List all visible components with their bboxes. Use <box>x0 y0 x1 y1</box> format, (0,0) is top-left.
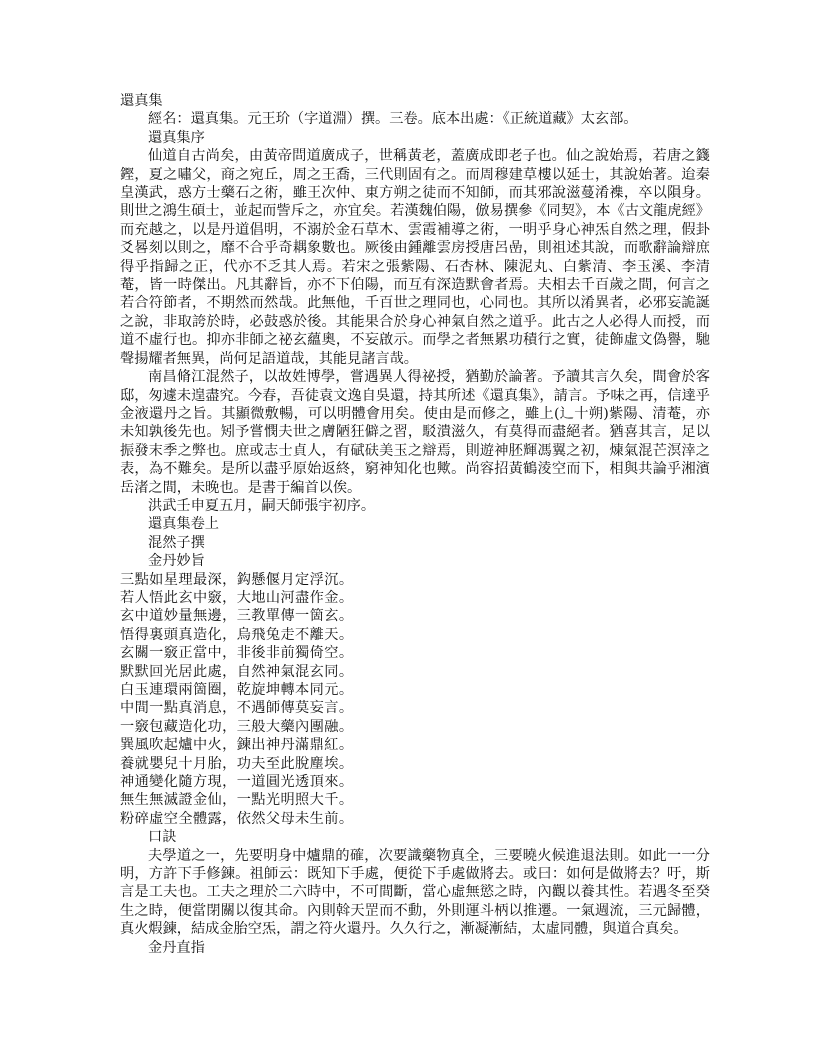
preface-title: 還真集序 <box>120 129 710 147</box>
section-title-koujue: 口訣 <box>120 828 710 846</box>
verse-line: 默默回光居此處，自然神氣混玄同。 <box>120 663 710 681</box>
verse-line: 三點如星理最深，鈎懸偃月定浮沉。 <box>120 571 710 589</box>
preface-paragraph-2: 南昌脩江混然子，以故姓博學，嘗遇異人得祕授，猶勤於論著。予讀其言久矣，間會於客邸… <box>120 368 710 497</box>
koujue-paragraph: 夫學道之一，先要明身中爐鼎的確，次要識藥物真全，三要曉火候進退法則。如此一一分明… <box>120 847 710 939</box>
volume-title: 還真集卷上 <box>120 515 710 533</box>
document-page: 還真集 經名：還真集。元王玠（字道淵）撰。三卷。底本出處：《正統道藏》太玄部。 … <box>120 92 710 957</box>
verse-line: 中間一點真消息，不遇師傳莫妄言。 <box>120 699 710 717</box>
author-line: 混然子撰 <box>120 534 710 552</box>
document-title: 還真集 <box>120 92 710 110</box>
verse-block: 三點如星理最深，鈎懸偃月定浮沉。 若人悟此玄中竅，大地山河盡作金。 玄中道妙量無… <box>120 571 710 829</box>
verse-line: 一竅包藏造化功，三般大藥內團融。 <box>120 718 710 736</box>
preface-signature: 洪武壬申夏五月，嗣天師張宇初序。 <box>120 497 710 515</box>
verse-line: 玄關一竅正當中，非後非前獨倚空。 <box>120 644 710 662</box>
document-meta: 經名：還真集。元王玠（字道淵）撰。三卷。底本出處：《正統道藏》太玄部。 <box>120 110 710 128</box>
verse-line: 粉碎虛空全體露，依然父母未生前。 <box>120 810 710 828</box>
verse-line: 神通變化隨方現，一道圓光透頂來。 <box>120 773 710 791</box>
verse-line: 玄中道妙量無邊，三教單傳一箇玄。 <box>120 607 710 625</box>
verse-line: 巽風吹起爐中火，鍊出神丹滿鼎紅。 <box>120 736 710 754</box>
section-title-jindan-zhizhi: 金丹直指 <box>120 939 710 957</box>
verse-line: 悟得裏頭真造化，烏飛兔走不離天。 <box>120 626 710 644</box>
verse-line: 無生無滅證金仙，一點光明照大千。 <box>120 791 710 809</box>
verse-line: 養就嬰兒十月胎，功夫至此脫塵埃。 <box>120 755 710 773</box>
verse-line: 白玉連環兩箇圈，乾旋坤轉本同元。 <box>120 681 710 699</box>
section-title-jindan-miaozhi: 金丹妙旨 <box>120 552 710 570</box>
verse-line: 若人悟此玄中竅，大地山河盡作金。 <box>120 589 710 607</box>
preface-paragraph-1: 仙道自古尚矣，由黃帝問道廣成子，世稱黃老，蓋廣成即老子也。仙之說始焉，若唐之籛鏗… <box>120 147 710 368</box>
